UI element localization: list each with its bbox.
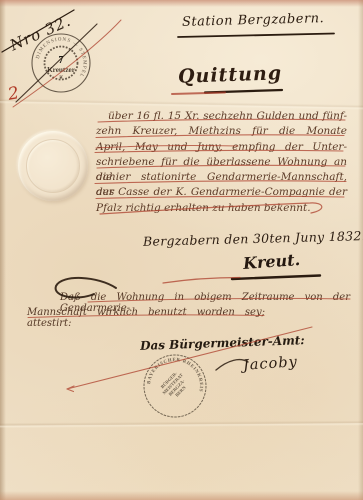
office-stamp: BAYERISCHER RHEINKREIS BÜRGER- MEISTERAT… [141, 352, 209, 420]
body-line: über 16 fl. 15 Xr. sechzehn Gulden und f… [96, 109, 347, 124]
attestation-line: Mannschaft wirklich benutzt worden sey; … [27, 307, 265, 329]
body-text: über 16 fl. 15 Xr. sechzehn Gulden und f… [96, 109, 347, 216]
station-line: Station Bergzabern. [182, 11, 325, 30]
crown-ornament-icon: ❦ [59, 74, 64, 81]
red-check-mark: 2 [6, 83, 20, 105]
body-line: schriebene für die überlassene Wohnung a… [96, 155, 347, 170]
fee-stamp-unit: Kreutzer [47, 66, 76, 74]
document-title: Quittung [178, 62, 283, 88]
body-line: April, May und Juny, empfing der Unter- [96, 140, 347, 155]
body-line: zehn Kreuzer, Miethzins für die Monate [96, 124, 347, 139]
office-stamp-center-text: BÜRGER- MEISTERAT BERGZA- BERN [158, 369, 192, 403]
body-line: Pfalz richtig erhalten zu haben bekennt. [96, 201, 347, 216]
document-page: DIMENSIONS — STEMPEL 7 Kreutzer ❦ Nro 32… [0, 0, 363, 500]
body-line: dahier stationirte Gendarmerie-Mannschaf… [96, 170, 347, 185]
office-line: Das Bürgermeister-Amt: [140, 333, 305, 353]
signature-mayor: Jacoby [243, 354, 299, 374]
body-line: der Casse der K. Gendarmerie-Compagnie d… [96, 185, 347, 200]
date-line: Bergzabern den 30ten Juny 1832. [143, 228, 363, 249]
embossed-seal [18, 131, 88, 201]
signature-recipient: Kreut. [242, 250, 300, 273]
fee-stamp-value: 7 [59, 55, 64, 66]
